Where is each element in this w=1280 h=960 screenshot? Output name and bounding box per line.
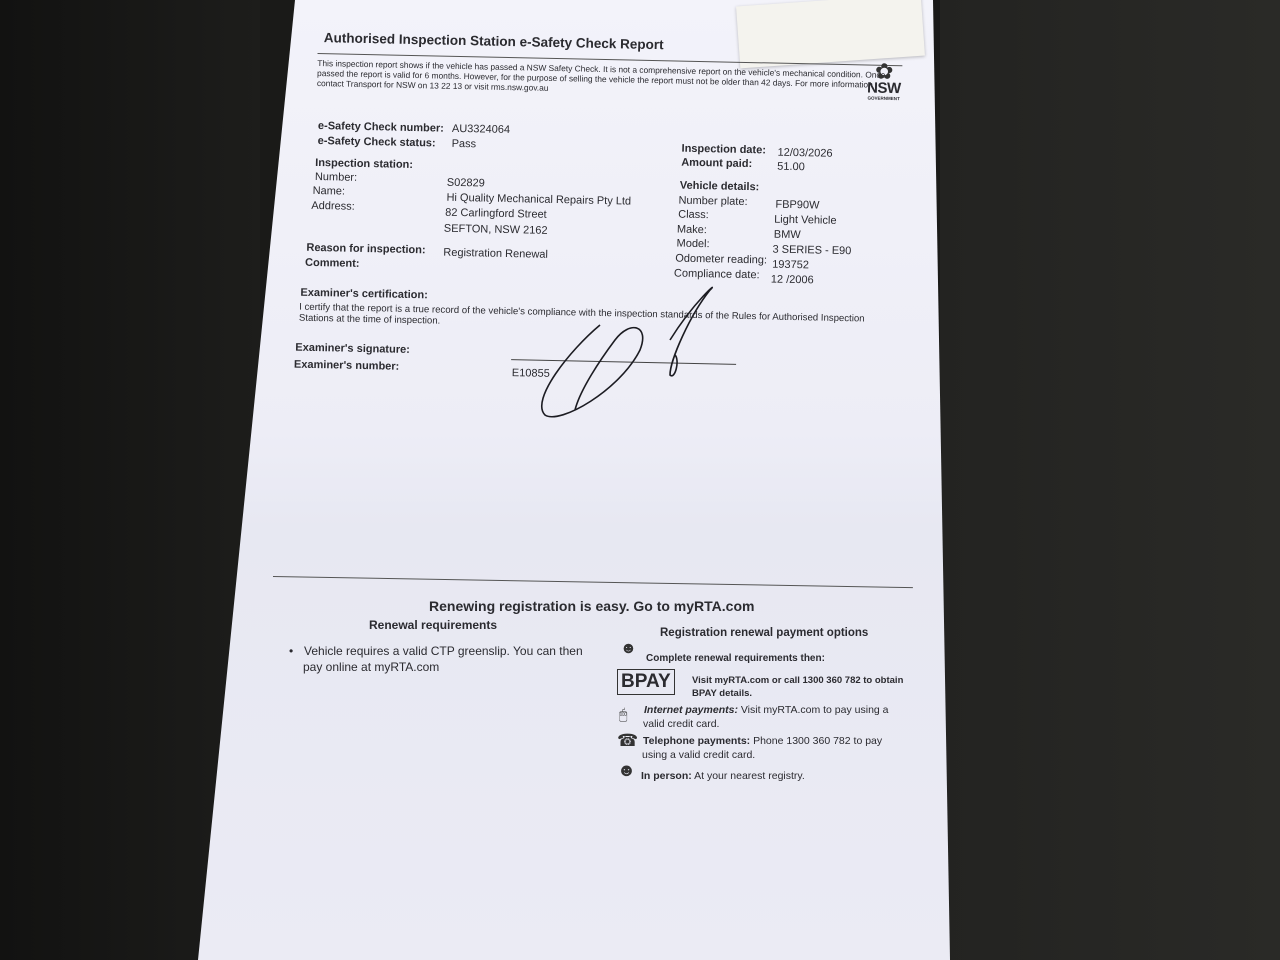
class-label: Class: bbox=[678, 209, 709, 222]
inspection-date: 12/03/2026 bbox=[777, 147, 832, 160]
phone-label: Telephone payments: bbox=[643, 735, 750, 747]
in-person-payments: In person: At your nearest registry. bbox=[641, 770, 805, 782]
nsw-logo: ✿ NSW GOVERNMENT bbox=[862, 61, 907, 101]
signature-label: Examiner's signature: bbox=[295, 342, 410, 356]
requirement-bullet: • bbox=[289, 644, 293, 658]
mouse-icon: 🖱 bbox=[619, 706, 627, 723]
requirements-heading: Renewal requirements bbox=[369, 618, 497, 632]
station-name-label: Name: bbox=[313, 185, 346, 198]
internet-payments: Internet payments: Visit myRTA.com to pa… bbox=[644, 704, 889, 716]
make-value: BMW bbox=[774, 229, 801, 242]
bpay-logo: BPAY bbox=[617, 669, 675, 695]
station-heading: Inspection station: bbox=[315, 157, 413, 171]
make-label: Make: bbox=[677, 224, 707, 237]
class-value: Light Vehicle bbox=[774, 214, 837, 227]
in-person-icon: ☻ bbox=[617, 760, 636, 781]
paper-sheet bbox=[198, 0, 950, 960]
plate-label: Number plate: bbox=[678, 195, 747, 208]
odometer-value: 193752 bbox=[772, 259, 809, 272]
reason-value: Registration Renewal bbox=[443, 247, 548, 261]
bpay-line2: BPAY details. bbox=[692, 688, 752, 699]
internet-label: Internet payments: bbox=[644, 704, 738, 716]
person-label: In person: bbox=[641, 770, 692, 782]
renewal-headline: Renewing registration is easy. Go to myR… bbox=[429, 598, 754, 614]
amount-label: Amount paid: bbox=[681, 157, 752, 170]
plate-value: FBP90W bbox=[775, 199, 819, 212]
station-address-line2: SEFTON, NSW 2162 bbox=[444, 223, 548, 237]
check-number: AU3324064 bbox=[452, 123, 510, 136]
compliance-value: 12 /2006 bbox=[771, 274, 814, 287]
requirement-line2: pay online at myRTA.com bbox=[303, 660, 439, 674]
internet-text2: valid credit card. bbox=[643, 718, 719, 730]
options-heading: Registration renewal payment options bbox=[660, 627, 868, 639]
model-value: 3 SERIES - E90 bbox=[772, 244, 851, 258]
complete-requirements: Complete renewal requirements then: bbox=[646, 653, 825, 664]
telephone-payments: Telephone payments: Phone 1300 360 782 t… bbox=[643, 735, 882, 747]
person-text: At your nearest registry. bbox=[694, 770, 805, 782]
odometer-label: Odometer reading: bbox=[675, 253, 767, 267]
telephone-icon: ☎ bbox=[617, 731, 638, 751]
person-icon: ☻ bbox=[620, 640, 637, 658]
examiner-number-label: Examiner's number: bbox=[294, 359, 400, 373]
examiner-signature bbox=[530, 280, 730, 430]
table-surface-right bbox=[940, 0, 1280, 960]
vehicle-heading: Vehicle details: bbox=[680, 180, 760, 194]
comment-label: Comment: bbox=[305, 257, 360, 270]
station-address-label: Address: bbox=[311, 200, 355, 213]
reason-label: Reason for inspection: bbox=[306, 242, 425, 256]
check-status-label: e-Safety Check status: bbox=[318, 135, 436, 149]
bpay-line1: Visit myRTA.com or call 1300 360 782 to … bbox=[692, 675, 903, 686]
station-number: S02829 bbox=[447, 177, 485, 190]
check-status: Pass bbox=[452, 138, 477, 151]
phone-text2: using a valid credit card. bbox=[642, 749, 755, 761]
requirement-line1: Vehicle requires a valid CTP greenslip. … bbox=[304, 644, 583, 658]
internet-text: Visit myRTA.com to pay using a bbox=[741, 704, 889, 716]
model-label: Model: bbox=[676, 238, 709, 251]
phone-text: Phone 1300 360 782 to pay bbox=[753, 735, 882, 747]
amount-value: 51.00 bbox=[777, 161, 805, 174]
station-number-label: Number: bbox=[315, 171, 357, 184]
inspection-date-label: Inspection date: bbox=[681, 143, 766, 157]
station-address-line1: 82 Carlingford Street bbox=[445, 207, 547, 221]
